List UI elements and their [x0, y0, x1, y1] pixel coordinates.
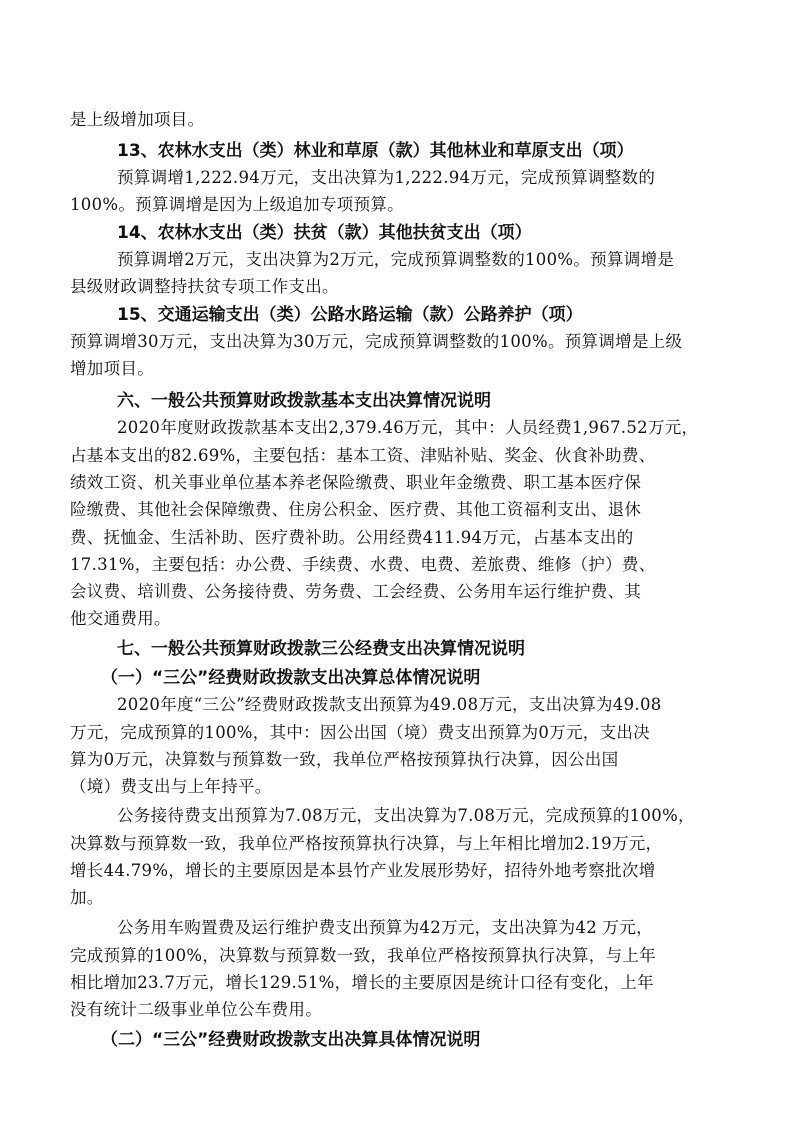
paragraph-line: 会议费、培训费、公务接待费、劳务费、工会经费、公务用车运行维护费、其: [70, 578, 641, 602]
paragraph-line: 公务用车购置费及运行维护费支出预算为42万元，支出决算为42 万元，: [117, 914, 653, 938]
section-heading-14: 14、农林水支出（类）扶贫（款）其他扶贫支出（项）: [117, 218, 532, 243]
subsection-heading-2: （二）“三公”经费财政拨款支出决算具体情况说明: [101, 1025, 480, 1050]
paragraph-line: 公务接待费支出预算为7.08万元，支出决算为7.08万元，完成预算的100%，: [117, 802, 695, 826]
paragraph-line: 预算调增1,222.94万元，支出决算为1,222.94万元，完成预算调整数的: [117, 164, 655, 188]
paragraph-line: 是上级增加项目。: [70, 106, 204, 130]
paragraph-line: 绩效工资、机关事业单位基本养老保险缴费、职业年金缴费、职工基本医疗保: [70, 469, 641, 493]
paragraph-line: 万元，完成预算的100%，其中：因公出国（境）费支出预算为0万元，支出决: [70, 719, 650, 743]
paragraph-line: 预算调增30万元，支出决算为30万元，完成预算调整数的100%。预算调增是上级: [70, 328, 682, 352]
paragraph-line: （境）费支出与上年持平。: [70, 773, 272, 797]
paragraph-line: 预算调增2万元，支出决算为2万元，完成预算调整数的100%。预算调增是: [117, 246, 674, 270]
paragraph-line: 险缴费、其他社会保障缴费、住房公积金、医疗费、其他工资福利支出、退休: [70, 496, 641, 520]
paragraph-line: 增加项目。: [70, 355, 154, 379]
paragraph-line: 县级财政调整持扶贫专项工作支出。: [70, 273, 339, 297]
paragraph-line: 17.31%，主要包括：办公费、手续费、水费、电费、差旅费、维修（护）费、: [70, 551, 656, 575]
paragraph-line: 增长44.79%，增长的主要原因是本县竹产业发展形势好，招待外地考察批次增: [70, 857, 656, 881]
paragraph-line: 完成预算的100%，决算数与预算数一致，我单位严格按预算执行决算，与上年: [70, 942, 656, 966]
section-heading-13: 13、农林水支出（类）林业和草原（款）其他林业和草原支出（项）: [117, 136, 634, 161]
paragraph-line: 没有统计二级事业单位公车费用。: [70, 996, 322, 1020]
paragraph-line: 他交通费用。: [70, 605, 171, 629]
paragraph-line: 100%。预算调增是因为上级追加专项预算。: [70, 191, 404, 215]
paragraph-line: 2020年度“三公”经费财政拨款支出预算为49.08万元，支出决算为49.08: [117, 691, 662, 715]
paragraph-line: 2020年度财政拨款基本支出2,379.46万元，其中：人员经费1,967.52…: [117, 414, 698, 438]
section-heading-6: 六、一般公共预算财政拨款基本支出决算情况说明: [117, 386, 491, 411]
document-page: 是上级增加项目。 13、农林水支出（类）林业和草原（款）其他林业和草原支出（项）…: [0, 0, 793, 1122]
paragraph-line: 加。: [70, 884, 104, 908]
paragraph-line: 占基本支出的82.69%，主要包括：基本工资、津贴补贴、奖金、伙食补助费、: [70, 442, 656, 466]
section-heading-15: 15、交通运输支出（类）公路水路运输（款）公路养护（项）: [117, 300, 583, 325]
paragraph-line: 决算数与预算数一致，我单位严格按预算执行决算，与上年相比增加2.19万元，: [70, 830, 662, 854]
subsection-heading-1: （一）“三公”经费财政拨款支出决算总体情况说明: [101, 663, 480, 688]
paragraph-line: 费、抚恤金、生活补助、医疗费补助。公用经费411.94万元，占基本支出的: [70, 524, 634, 548]
paragraph-line: 算为0万元，决算数与预算数一致，我单位严格按预算执行决算，因公出国: [70, 746, 618, 770]
section-heading-7: 七、一般公共预算财政拨款三公经费支出决算情况说明: [117, 634, 525, 659]
paragraph-line: 相比增加23.7万元，增长129.51%，增长的主要原因是统计口径有变化，上年: [70, 969, 654, 993]
